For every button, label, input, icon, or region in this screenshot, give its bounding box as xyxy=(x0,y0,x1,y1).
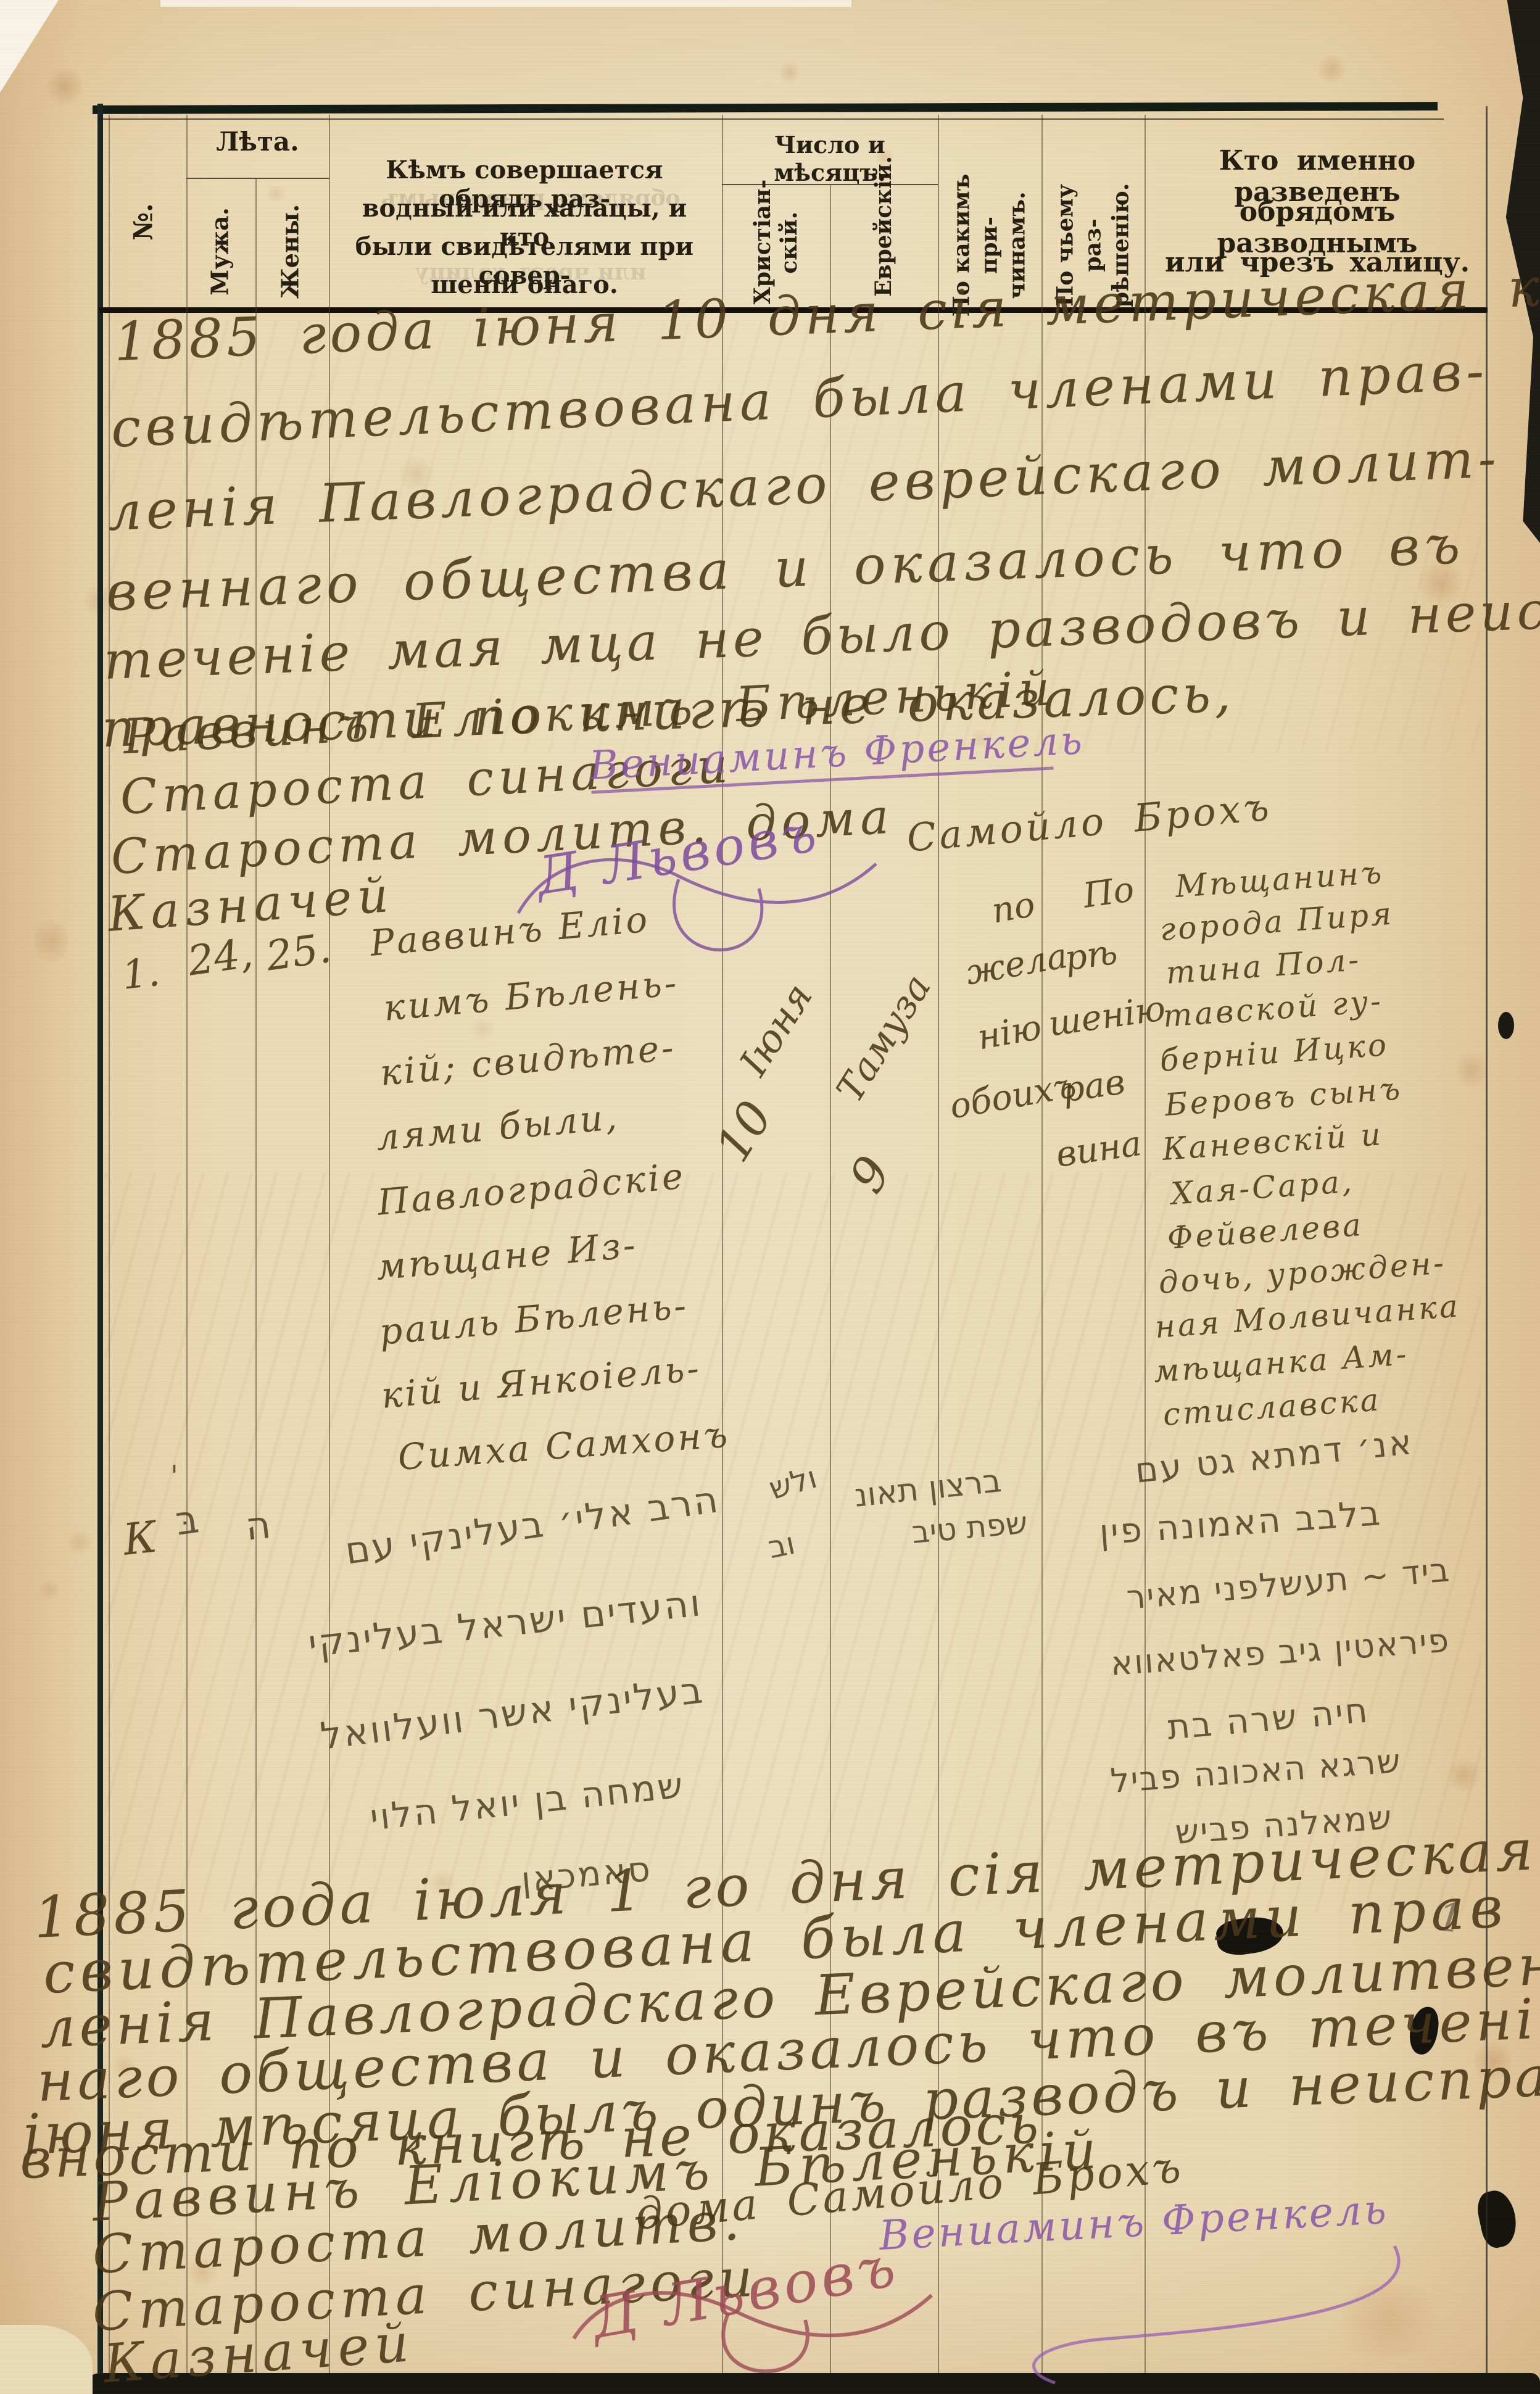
record-reason-line4: обоихъ xyxy=(946,1066,1079,1127)
record-reason-line1: по xyxy=(988,884,1038,931)
scan-strip-top xyxy=(160,0,851,7)
record-officiant-line3: кій; свидѣте- xyxy=(378,1026,677,1094)
hebrew-middle-line2: והעדים ישראל בעלינקי xyxy=(306,1581,704,1666)
record-permission-line5: вина xyxy=(1053,1124,1144,1175)
record-who-line13: стиславска xyxy=(1162,1381,1382,1433)
hebrew-right-line6: שרגא האכונה פביל xyxy=(1109,1741,1403,1800)
hebrew-datecol-mark1: ולש xyxy=(765,1459,821,1507)
record-officiant-line5: Павлоградскіе xyxy=(376,1155,687,1224)
hebrew-middle-line1: הרב אלי׳ בעלינקי עם xyxy=(342,1478,722,1573)
hebrew-datecol-mark2: וב xyxy=(765,1525,798,1566)
record-officiant-line7: раиль Бѣлень- xyxy=(378,1284,690,1353)
hebrew-right-line1: אנ׳ דמתא גט עם xyxy=(1133,1422,1415,1491)
column-header-age-wife: Жены. xyxy=(276,190,304,313)
signature-broch-june: Самойло Брохъ xyxy=(905,784,1274,860)
hebrew-reasoncol-mark1: ברצון תאונ xyxy=(853,1462,1003,1515)
record-date-christian-month: Іюня xyxy=(731,975,821,1083)
record-who-line7: Каневскій и xyxy=(1161,1116,1384,1167)
record-number: 1. xyxy=(120,950,162,999)
header-bleedthrough-2: или чрезъ халицу xyxy=(370,259,691,285)
record-who-line2: города Пиря xyxy=(1159,896,1395,948)
hebrew-right-line5: חיה שרה בת xyxy=(1165,1691,1371,1748)
torn-hole-4 xyxy=(1498,1012,1514,1039)
record-who-line12: мѣщанка Ам- xyxy=(1153,1336,1410,1390)
record-permission-line4: рав xyxy=(1059,1062,1127,1111)
record-date-jewish-month: Тамуза xyxy=(828,967,940,1109)
record-officiant-line4: лями были, xyxy=(375,1096,621,1159)
hebrew-right-line3: ביד ~ תעשלפני מאיר xyxy=(1125,1550,1452,1617)
record-permission-line1: По xyxy=(1080,869,1136,916)
signature-lvov-july-flourish xyxy=(549,2258,944,2394)
record-officiant-line9: Симха Самхонъ xyxy=(397,1413,732,1478)
age-group-underline xyxy=(186,178,329,179)
hebrew-mark-he: ה xyxy=(243,1502,273,1549)
register-page: №. Лѣта. Мужа. Жены. Кѣмъ совершается об… xyxy=(0,0,1540,2394)
torn-chip-bottom-left xyxy=(0,2325,93,2394)
record-officiant-line6: мѣщане Из- xyxy=(375,1224,639,1288)
table-border-top-thin xyxy=(99,118,1444,120)
column-header-age-husband: Мужа. xyxy=(206,190,234,313)
record-date-christian-day: 10 xyxy=(705,1091,783,1171)
torn-hole-3 xyxy=(1474,2187,1521,2250)
record-who-line6: Беровъ сынъ xyxy=(1164,1071,1404,1123)
hebrew-right-line4: פיראטין גיב פאלטאווא xyxy=(1109,1621,1451,1683)
scan-corner-top-left xyxy=(0,0,59,93)
record-who-line8: Хая-Сара, xyxy=(1170,1163,1356,1212)
hebrew-reasoncol-mark2: שפת טיב xyxy=(910,1505,1029,1551)
hebrew-right-line2: בלבב האמונה פין xyxy=(1098,1493,1383,1553)
hebrew-middle-line4: שמחה בן יואל הלוי xyxy=(368,1764,686,1839)
column-header-age-group: Лѣта. xyxy=(186,126,329,157)
record-who-line4: тавской гу- xyxy=(1162,983,1385,1034)
signature-frenkel-july-flourish xyxy=(962,2227,1431,2394)
record-husband-age: 24, xyxy=(185,929,256,985)
hebrew-middle-line3: בעלינקי אשר וועלוואל xyxy=(318,1668,707,1758)
table-border-top xyxy=(93,102,1438,114)
column-header-date-jewish: Еврейскій. xyxy=(871,173,896,297)
record-date-jewish-day: 9 xyxy=(839,1147,903,1203)
column-header-no: №. xyxy=(128,160,159,284)
hebrew-mark-k: К xyxy=(121,1512,159,1565)
record-who-line1: Мѣщанинъ xyxy=(1174,854,1385,904)
record-wife-age: 25. xyxy=(263,924,334,980)
hebrew-mark-bet: בּ xyxy=(173,1496,202,1544)
signature-lvov-june-flourish xyxy=(494,821,888,981)
record-permission-line3: шенію xyxy=(1046,988,1167,1045)
record-who-line5: берніи Ицко xyxy=(1159,1027,1390,1079)
record-permission-line2: рѣ xyxy=(1062,932,1119,979)
record-officiant-line8: кій и Янкоіель- xyxy=(379,1347,703,1417)
record-who-line3: тина Пол- xyxy=(1165,942,1362,991)
record-reason-line3: нію xyxy=(974,1007,1045,1058)
hebrew-mark-yod: י xyxy=(172,1456,177,1485)
column-header-date-group: Число и мѣсяцъ. xyxy=(722,131,938,186)
record-who-line9: Фейвелева xyxy=(1166,1207,1365,1256)
record-reason-line2: жела xyxy=(962,936,1070,993)
header-bleedthrough-1: обрядомъ разводнымъ xyxy=(346,185,716,211)
